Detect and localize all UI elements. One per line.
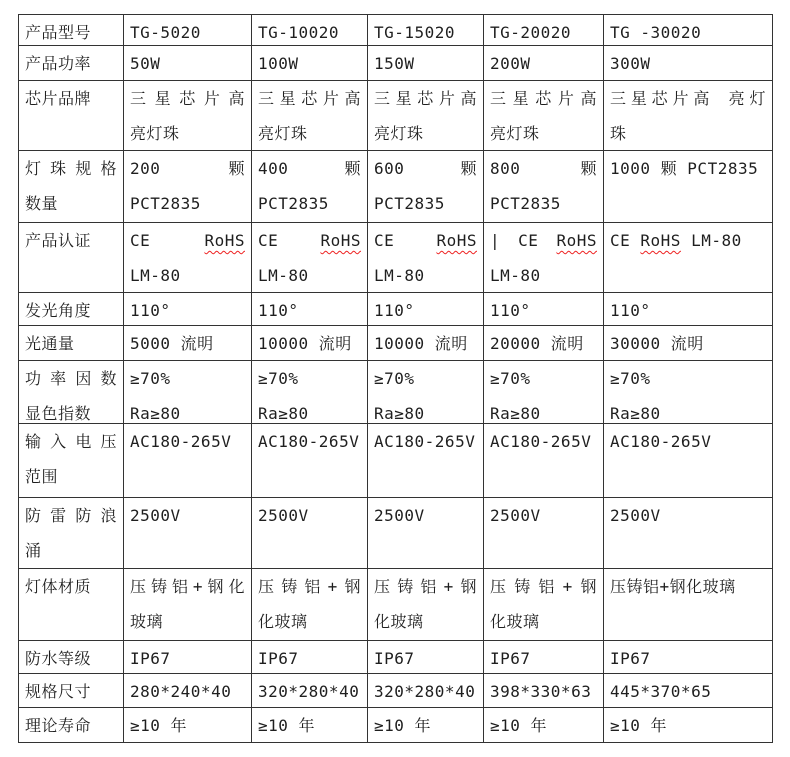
cell-line: 规格尺寸 bbox=[25, 674, 117, 707]
cell-line: PCT2835 bbox=[490, 186, 597, 221]
row-label-cell: 产品认证 bbox=[19, 223, 124, 293]
spec-value-cell: 110° bbox=[368, 293, 484, 326]
cell-line: AC180-265V bbox=[610, 424, 766, 459]
cell-line: ≥70% bbox=[258, 361, 361, 396]
spec-value-cell: ≥10 年 bbox=[124, 708, 252, 743]
cell-line: 2500V bbox=[258, 498, 361, 533]
spec-value-cell: CE RoHSLM-80 bbox=[368, 223, 484, 293]
cell-line: PCT2835 bbox=[258, 186, 361, 221]
cell-line: 珠 bbox=[610, 116, 766, 150]
row-label-cell: 产品功率 bbox=[19, 46, 124, 81]
cell-line: 亮灯珠 bbox=[490, 116, 597, 150]
table-row: 防雷防浪涌2500V2500V2500V2500V2500V bbox=[19, 498, 773, 569]
row-label-cell: 规格尺寸 bbox=[19, 674, 124, 708]
cell-line: ≥10 年 bbox=[490, 708, 597, 742]
spec-value-cell: TG-15020 bbox=[368, 15, 484, 46]
spec-value-cell: ≥10 年 bbox=[484, 708, 604, 743]
spec-value-cell: TG-20020 bbox=[484, 15, 604, 46]
cell-line: 范围 bbox=[25, 459, 117, 494]
cell-line: 50W bbox=[130, 46, 245, 80]
cell-line: 445*370*65 bbox=[610, 674, 766, 707]
table-row: 规格尺寸280*240*40320*280*40320*280*40398*33… bbox=[19, 674, 773, 708]
cell-line: 产品型号 bbox=[25, 15, 117, 45]
table-row: 产品型号TG-5020TG-10020TG-15020TG-20020TG -3… bbox=[19, 15, 773, 46]
spec-value-cell: IP67 bbox=[252, 641, 368, 674]
table-row: 理论寿命≥10 年≥10 年≥10 年≥10 年≥10 年 bbox=[19, 708, 773, 743]
cell-line: AC180-265V bbox=[374, 424, 477, 459]
spec-value-cell: AC180-265V bbox=[484, 424, 604, 498]
spec-value-cell: IP67 bbox=[368, 641, 484, 674]
cell-line: CE RoHS LM-80 bbox=[610, 223, 766, 258]
cell-line: 产品功率 bbox=[25, 46, 117, 80]
row-label-cell: 光通量 bbox=[19, 326, 124, 361]
cell-line: AC180-265V bbox=[490, 424, 597, 459]
cell-line: CE RoHS bbox=[258, 223, 361, 258]
cell-line: 800 颗 bbox=[490, 151, 597, 186]
spec-value-cell: CE RoHSLM-80 bbox=[124, 223, 252, 293]
cell-line: 数量 bbox=[25, 186, 117, 221]
spec-value-cell: 10000 流明 bbox=[252, 326, 368, 361]
cell-line: PCT2835 bbox=[130, 186, 245, 221]
spec-value-cell: ≥70%Ra≥80 bbox=[368, 361, 484, 424]
cell-line: Ra≥80 bbox=[374, 396, 477, 423]
spec-value-cell: 压铸铝+钢化玻璃 bbox=[604, 569, 773, 641]
cell-line: 400 颗 bbox=[258, 151, 361, 186]
cell-line: 110° bbox=[490, 293, 597, 325]
cell-line: 理论寿命 bbox=[25, 708, 117, 742]
spec-value-cell: 2500V bbox=[368, 498, 484, 569]
cell-line: 三星芯片高 bbox=[258, 81, 361, 116]
cell-line: 320*280*40 bbox=[374, 674, 477, 707]
cell-line: 显色指数 bbox=[25, 396, 117, 423]
cell-line: 300W bbox=[610, 46, 766, 80]
cell-line: 10000 流明 bbox=[258, 326, 361, 360]
cell-line: 三星芯片高 亮灯 bbox=[610, 81, 766, 116]
spec-value-cell: 50W bbox=[124, 46, 252, 81]
table-row: 防水等级IP67IP67IP67IP67IP67 bbox=[19, 641, 773, 674]
cell-line: TG -30020 bbox=[610, 15, 766, 45]
row-label-cell: 防水等级 bbox=[19, 641, 124, 674]
spec-value-cell: 三星芯片高 亮灯珠 bbox=[604, 81, 773, 151]
cell-line: 2500V bbox=[610, 498, 766, 533]
spec-value-cell: 压铸铝+钢化玻璃 bbox=[368, 569, 484, 641]
spec-value-cell: 320*280*40 bbox=[252, 674, 368, 708]
spec-value-cell: 600 颗PCT2835 bbox=[368, 151, 484, 223]
cell-line: 110° bbox=[610, 293, 766, 325]
cell-line: 三星芯片高 bbox=[130, 81, 245, 116]
table-row: 灯体材质压铸铝+钢化玻璃压铸铝+钢化玻璃压铸铝+钢化玻璃压铸铝+钢化玻璃压铸铝+… bbox=[19, 569, 773, 641]
table-row: 发光角度110°110°110°110°110° bbox=[19, 293, 773, 326]
cell-line: Ra≥80 bbox=[258, 396, 361, 423]
spec-value-cell: ≥10 年 bbox=[368, 708, 484, 743]
cell-line: LM-80 bbox=[374, 258, 477, 292]
cell-line: 灯珠规格 bbox=[25, 151, 117, 186]
cell-line: 2500V bbox=[130, 498, 245, 533]
cell-line: 压铸铝+钢 bbox=[258, 569, 361, 604]
spec-value-cell: 三星芯片高亮灯珠 bbox=[368, 81, 484, 151]
cell-line: 压铸铝+钢 bbox=[490, 569, 597, 604]
spec-value-cell: 30000 流明 bbox=[604, 326, 773, 361]
spec-value-cell: 三星芯片高亮灯珠 bbox=[484, 81, 604, 151]
spec-value-cell: 110° bbox=[124, 293, 252, 326]
spec-value-cell: IP67 bbox=[124, 641, 252, 674]
spec-value-cell: 5000 流明 bbox=[124, 326, 252, 361]
cell-line: 化玻璃 bbox=[374, 604, 477, 639]
spec-value-cell: 压铸铝+钢化玻璃 bbox=[124, 569, 252, 641]
cell-line: 三星芯片高 bbox=[374, 81, 477, 116]
spec-value-cell: AC180-265V bbox=[604, 424, 773, 498]
cell-line: 5000 流明 bbox=[130, 326, 245, 360]
cell-line: CE RoHS bbox=[130, 223, 245, 258]
cell-line: 三星芯片高 bbox=[490, 81, 597, 116]
spec-value-cell: CE RoHS LM-80 bbox=[604, 223, 773, 293]
row-label-cell: 功率因数显色指数 bbox=[19, 361, 124, 424]
spellcheck-word: RoHS bbox=[320, 231, 361, 250]
spec-value-cell: ≥70%Ra≥80 bbox=[484, 361, 604, 424]
table-row: 输入电压范围AC180-265VAC180-265VAC180-265VAC18… bbox=[19, 424, 773, 498]
spec-value-cell: 2500V bbox=[252, 498, 368, 569]
cell-line: IP67 bbox=[130, 641, 245, 673]
table-row: 光通量5000 流明10000 流明10000 流明20000 流明30000 … bbox=[19, 326, 773, 361]
table-row: 功率因数显色指数≥70%Ra≥80≥70%Ra≥80≥70%Ra≥80≥70%R… bbox=[19, 361, 773, 424]
cell-line: ≥10 年 bbox=[130, 708, 245, 742]
cell-line: LM-80 bbox=[490, 258, 597, 292]
spec-value-cell: 三星芯片高亮灯珠 bbox=[124, 81, 252, 151]
cell-line: 10000 流明 bbox=[374, 326, 477, 360]
cell-line: 功率因数 bbox=[25, 361, 117, 396]
spec-value-cell: 10000 流明 bbox=[368, 326, 484, 361]
spec-value-cell: | CE RoHSLM-80 bbox=[484, 223, 604, 293]
row-label-cell: 灯珠规格数量 bbox=[19, 151, 124, 223]
cell-line: Ra≥80 bbox=[610, 396, 766, 423]
spec-value-cell: ≥70%Ra≥80 bbox=[252, 361, 368, 424]
spec-value-cell: 20000 流明 bbox=[484, 326, 604, 361]
cell-line: 110° bbox=[130, 293, 245, 325]
cell-line: 亮灯珠 bbox=[258, 116, 361, 150]
cell-line: 600 颗 bbox=[374, 151, 477, 186]
cell-line: 玻璃 bbox=[130, 604, 245, 639]
row-label-cell: 产品型号 bbox=[19, 15, 124, 46]
cell-line: 398*330*63 bbox=[490, 674, 597, 707]
cell-line: ≥70% bbox=[490, 361, 597, 396]
spec-value-cell: 2500V bbox=[604, 498, 773, 569]
cell-line: ≥70% bbox=[610, 361, 766, 396]
product-spec-table: 产品型号TG-5020TG-10020TG-15020TG-20020TG -3… bbox=[18, 14, 773, 743]
cell-line: 灯体材质 bbox=[25, 569, 117, 604]
spec-value-cell: 1000 颗 PCT2835 bbox=[604, 151, 773, 223]
spec-value-cell: IP67 bbox=[604, 641, 773, 674]
cell-line: 压铸铝+钢 bbox=[374, 569, 477, 604]
cell-line: 2500V bbox=[490, 498, 597, 533]
cell-line: 压铸铝+钢化 bbox=[130, 569, 245, 604]
spec-value-cell: 110° bbox=[252, 293, 368, 326]
cell-line: LM-80 bbox=[258, 258, 361, 292]
cell-line: 110° bbox=[258, 293, 361, 325]
spec-value-cell: AC180-265V bbox=[368, 424, 484, 498]
cell-line: IP67 bbox=[490, 641, 597, 673]
spellcheck-word: RoHS bbox=[436, 231, 477, 250]
cell-line: 20000 流明 bbox=[490, 326, 597, 360]
cell-line: 110° bbox=[374, 293, 477, 325]
spec-value-cell: 100W bbox=[252, 46, 368, 81]
row-label-cell: 防雷防浪涌 bbox=[19, 498, 124, 569]
cell-line: Ra≥80 bbox=[130, 396, 245, 423]
spellcheck-word: RoHS bbox=[204, 231, 245, 250]
cell-line: TG-10020 bbox=[258, 15, 361, 45]
cell-line: 化玻璃 bbox=[490, 604, 597, 639]
cell-line: IP67 bbox=[610, 641, 766, 673]
cell-line: | CE RoHS bbox=[490, 223, 597, 258]
spec-value-cell: 2500V bbox=[124, 498, 252, 569]
cell-line: 防雷防浪 bbox=[25, 498, 117, 533]
cell-line: 100W bbox=[258, 46, 361, 80]
spec-value-cell: 压铸铝+钢化玻璃 bbox=[252, 569, 368, 641]
spec-value-cell: 压铸铝+钢化玻璃 bbox=[484, 569, 604, 641]
cell-line: 30000 流明 bbox=[610, 326, 766, 360]
cell-line: ≥70% bbox=[130, 361, 245, 396]
cell-line: ≥10 年 bbox=[374, 708, 477, 742]
cell-line: TG-20020 bbox=[490, 15, 597, 45]
spec-value-cell: ≥10 年 bbox=[252, 708, 368, 743]
spec-value-cell: 110° bbox=[484, 293, 604, 326]
row-label-cell: 灯体材质 bbox=[19, 569, 124, 641]
cell-line: IP67 bbox=[374, 641, 477, 673]
spec-value-cell: AC180-265V bbox=[252, 424, 368, 498]
cell-line: 1000 颗 PCT2835 bbox=[610, 151, 766, 186]
cell-line: 涌 bbox=[25, 533, 117, 568]
spec-value-cell: TG -30020 bbox=[604, 15, 773, 46]
table-row: 灯珠规格数量200 颗PCT2835400 颗PCT2835600 颗PCT28… bbox=[19, 151, 773, 223]
spellcheck-word: RoHS bbox=[556, 231, 597, 250]
cell-line: Ra≥80 bbox=[490, 396, 597, 423]
cell-line: AC180-265V bbox=[258, 424, 361, 459]
spec-value-cell: ≥70%Ra≥80 bbox=[604, 361, 773, 424]
spec-value-cell: AC180-265V bbox=[124, 424, 252, 498]
cell-line: 防水等级 bbox=[25, 641, 117, 673]
cell-line: 200 颗 bbox=[130, 151, 245, 186]
cell-line: ≥10 年 bbox=[610, 708, 766, 742]
spec-value-cell: TG-5020 bbox=[124, 15, 252, 46]
cell-line: 输入电压 bbox=[25, 424, 117, 459]
cell-line: 芯片品牌 bbox=[25, 81, 117, 116]
spec-value-cell: TG-10020 bbox=[252, 15, 368, 46]
spec-value-cell: 110° bbox=[604, 293, 773, 326]
cell-line: 化玻璃 bbox=[258, 604, 361, 639]
cell-line: 280*240*40 bbox=[130, 674, 245, 707]
row-label-cell: 芯片品牌 bbox=[19, 81, 124, 151]
cell-line: TG-5020 bbox=[130, 15, 245, 45]
cell-line: ≥10 年 bbox=[258, 708, 361, 742]
cell-line: 亮灯珠 bbox=[130, 116, 245, 150]
spec-value-cell: 200W bbox=[484, 46, 604, 81]
spec-value-cell: 400 颗PCT2835 bbox=[252, 151, 368, 223]
cell-line: CE RoHS bbox=[374, 223, 477, 258]
spec-value-cell: 445*370*65 bbox=[604, 674, 773, 708]
cell-line: IP67 bbox=[258, 641, 361, 673]
spec-value-cell: CE RoHSLM-80 bbox=[252, 223, 368, 293]
spellcheck-word: RoHS bbox=[640, 231, 681, 250]
cell-line: 压铸铝+钢化玻璃 bbox=[610, 569, 766, 604]
cell-line: 150W bbox=[374, 46, 477, 80]
cell-line: 产品认证 bbox=[25, 223, 117, 258]
spec-table-container: 产品型号TG-5020TG-10020TG-15020TG-20020TG -3… bbox=[18, 14, 773, 743]
spec-value-cell: 150W bbox=[368, 46, 484, 81]
spec-value-cell: 398*330*63 bbox=[484, 674, 604, 708]
row-label-cell: 理论寿命 bbox=[19, 708, 124, 743]
table-row: 芯片品牌三星芯片高亮灯珠三星芯片高亮灯珠三星芯片高亮灯珠三星芯片高亮灯珠三星芯片… bbox=[19, 81, 773, 151]
row-label-cell: 发光角度 bbox=[19, 293, 124, 326]
cell-line: 320*280*40 bbox=[258, 674, 361, 707]
cell-line: LM-80 bbox=[130, 258, 245, 292]
cell-line: TG-15020 bbox=[374, 15, 477, 45]
cell-line: 2500V bbox=[374, 498, 477, 533]
cell-line: ≥70% bbox=[374, 361, 477, 396]
table-row: 产品功率50W100W150W200W300W bbox=[19, 46, 773, 81]
cell-line: 亮灯珠 bbox=[374, 116, 477, 150]
spec-value-cell: 200 颗PCT2835 bbox=[124, 151, 252, 223]
spec-value-cell: 320*280*40 bbox=[368, 674, 484, 708]
cell-line: PCT2835 bbox=[374, 186, 477, 221]
cell-line: 200W bbox=[490, 46, 597, 80]
spec-value-cell: ≥10 年 bbox=[604, 708, 773, 743]
spec-value-cell: 300W bbox=[604, 46, 773, 81]
spec-value-cell: 2500V bbox=[484, 498, 604, 569]
cell-line: AC180-265V bbox=[130, 424, 245, 459]
cell-line: 光通量 bbox=[25, 326, 117, 360]
spec-value-cell: 800 颗PCT2835 bbox=[484, 151, 604, 223]
spec-value-cell: 三星芯片高亮灯珠 bbox=[252, 81, 368, 151]
spec-value-cell: 280*240*40 bbox=[124, 674, 252, 708]
cell-line: 发光角度 bbox=[25, 293, 117, 325]
spec-value-cell: ≥70%Ra≥80 bbox=[124, 361, 252, 424]
spec-value-cell: IP67 bbox=[484, 641, 604, 674]
row-label-cell: 输入电压范围 bbox=[19, 424, 124, 498]
table-row: 产品认证CE RoHSLM-80CE RoHSLM-80CE RoHSLM-80… bbox=[19, 223, 773, 293]
